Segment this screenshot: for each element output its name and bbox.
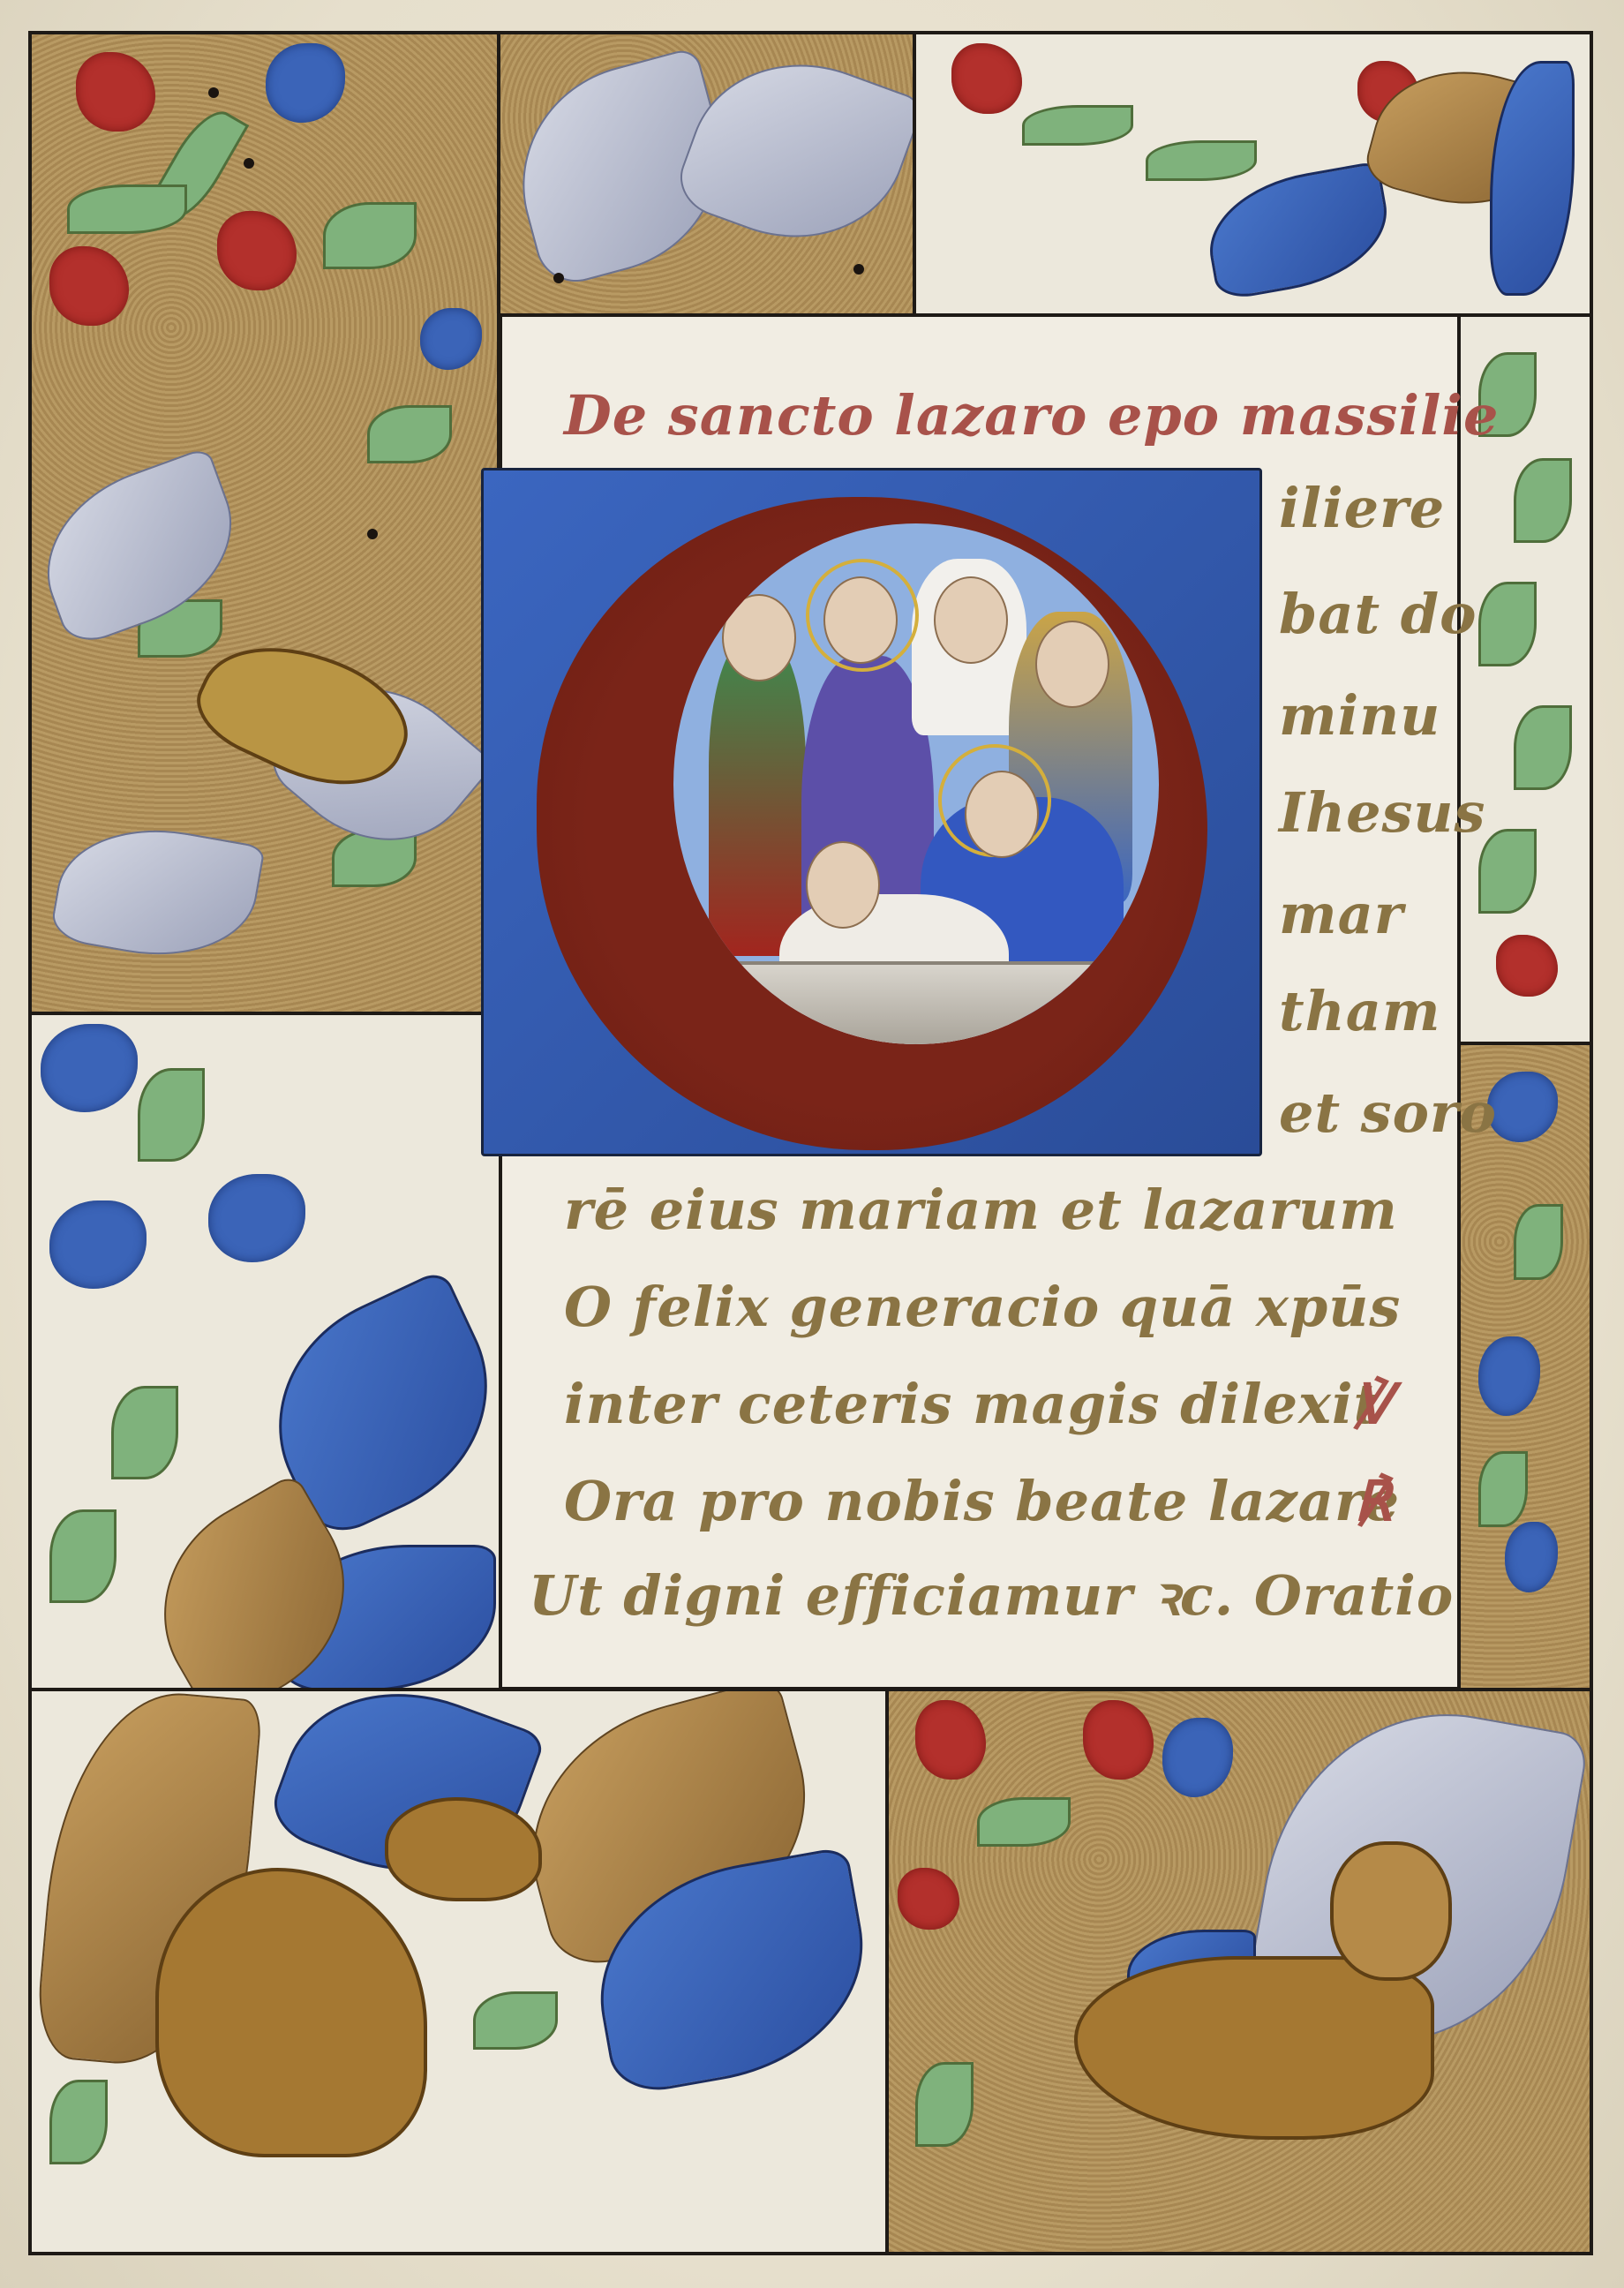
leaf-icon <box>915 2062 974 2147</box>
text-line: Ora pro nobis beate lazare <box>564 1469 1400 1533</box>
red-flower-icon <box>217 211 297 290</box>
text-line-short: iliere <box>1279 476 1445 540</box>
red-flower-icon <box>76 52 155 132</box>
figure-green-cloak <box>709 638 806 956</box>
border-panel-left-lower <box>28 1012 502 1691</box>
leaf-icon <box>1146 140 1257 181</box>
human-head-icon <box>1330 1841 1452 1981</box>
dot <box>244 158 254 169</box>
text-line-short: mar <box>1279 882 1403 946</box>
leaf-icon <box>49 2080 108 2164</box>
blue-flower-icon <box>1487 1072 1558 1142</box>
rubric-line: De sancto lazaro epo massilie <box>564 383 1499 448</box>
red-flower-icon <box>898 1868 959 1930</box>
silver-acanthus-icon <box>670 31 916 271</box>
cornflower-icon <box>41 1024 138 1112</box>
text-line-short: Ihesus <box>1279 780 1485 845</box>
blue-flower-icon <box>420 308 482 370</box>
leaf-icon <box>49 1509 117 1603</box>
head-veiled-woman <box>934 576 1008 664</box>
border-panel-top-right <box>913 31 1593 317</box>
blue-flower-icon <box>266 43 345 123</box>
raising-of-lazarus-scene <box>673 523 1159 1044</box>
head-christ <box>823 576 898 664</box>
dot <box>367 529 378 539</box>
versicle-mark: ℣ <box>1354 1372 1392 1436</box>
text-line: inter ceteris magis dilexit <box>564 1372 1380 1436</box>
text-line: Ut digni efficiamur ꝛc. Oratio <box>529 1557 1454 1631</box>
leaf-icon <box>67 184 187 234</box>
text-line-short: et soro <box>1279 1080 1497 1145</box>
dot <box>853 264 864 275</box>
response-mark: ℟ <box>1354 1469 1392 1533</box>
leaf-icon <box>1478 582 1537 666</box>
leaf-icon <box>138 1068 205 1162</box>
red-flower-icon <box>1083 1700 1154 1780</box>
text-line-short: tham <box>1279 979 1441 1043</box>
leaf-icon <box>323 202 417 269</box>
leaf-icon <box>367 405 452 463</box>
leaf-icon <box>977 1797 1071 1847</box>
silver-acanthus-icon <box>28 447 257 651</box>
head-bearded-elder <box>722 594 796 681</box>
human-headed-bird-grotesque-icon <box>1074 1956 1434 2140</box>
head-young-woman <box>1035 621 1109 708</box>
text-line: rē eius mariam et lazarum <box>564 1178 1398 1242</box>
red-flower-icon <box>49 246 129 326</box>
border-panel-bottom-right <box>885 1688 1593 2255</box>
leaf-icon <box>1022 105 1133 146</box>
leaf-icon <box>1514 705 1572 790</box>
dog-grotesque-icon <box>155 1868 427 2157</box>
leaf-icon <box>1478 829 1537 914</box>
blue-flower-icon <box>1162 1718 1233 1797</box>
dot <box>208 87 219 98</box>
head-lazarus <box>806 841 880 929</box>
blue-flower-icon <box>1505 1522 1558 1592</box>
text-line: O felix generacio quā xpūs <box>564 1275 1401 1339</box>
dot <box>553 273 564 283</box>
red-flower-icon <box>1496 935 1558 997</box>
red-flower-icon <box>951 43 1022 114</box>
cornflower-icon <box>208 1174 305 1262</box>
blue-acanthus-icon <box>1199 161 1398 302</box>
leaf-icon <box>1478 1451 1528 1527</box>
text-line-short: minu <box>1279 683 1440 748</box>
border-panel-top-left <box>28 31 500 1015</box>
leaf-icon <box>1514 458 1572 543</box>
leaf-icon <box>111 1386 178 1479</box>
tomb <box>709 961 1132 1044</box>
blue-flower-icon <box>1478 1336 1540 1416</box>
leaf-icon <box>1514 1204 1563 1280</box>
cornflower-icon <box>49 1200 147 1289</box>
text-line-short: bat do <box>1279 582 1477 646</box>
silver-acanthus-icon <box>49 813 266 973</box>
historiated-initial-d <box>481 468 1262 1156</box>
leaf-icon <box>473 1991 558 2050</box>
red-flower-icon <box>915 1700 986 1780</box>
border-panel-top-middle <box>497 31 916 317</box>
head-saint-peter <box>965 771 1039 858</box>
border-panel-bottom-left <box>28 1688 889 2255</box>
